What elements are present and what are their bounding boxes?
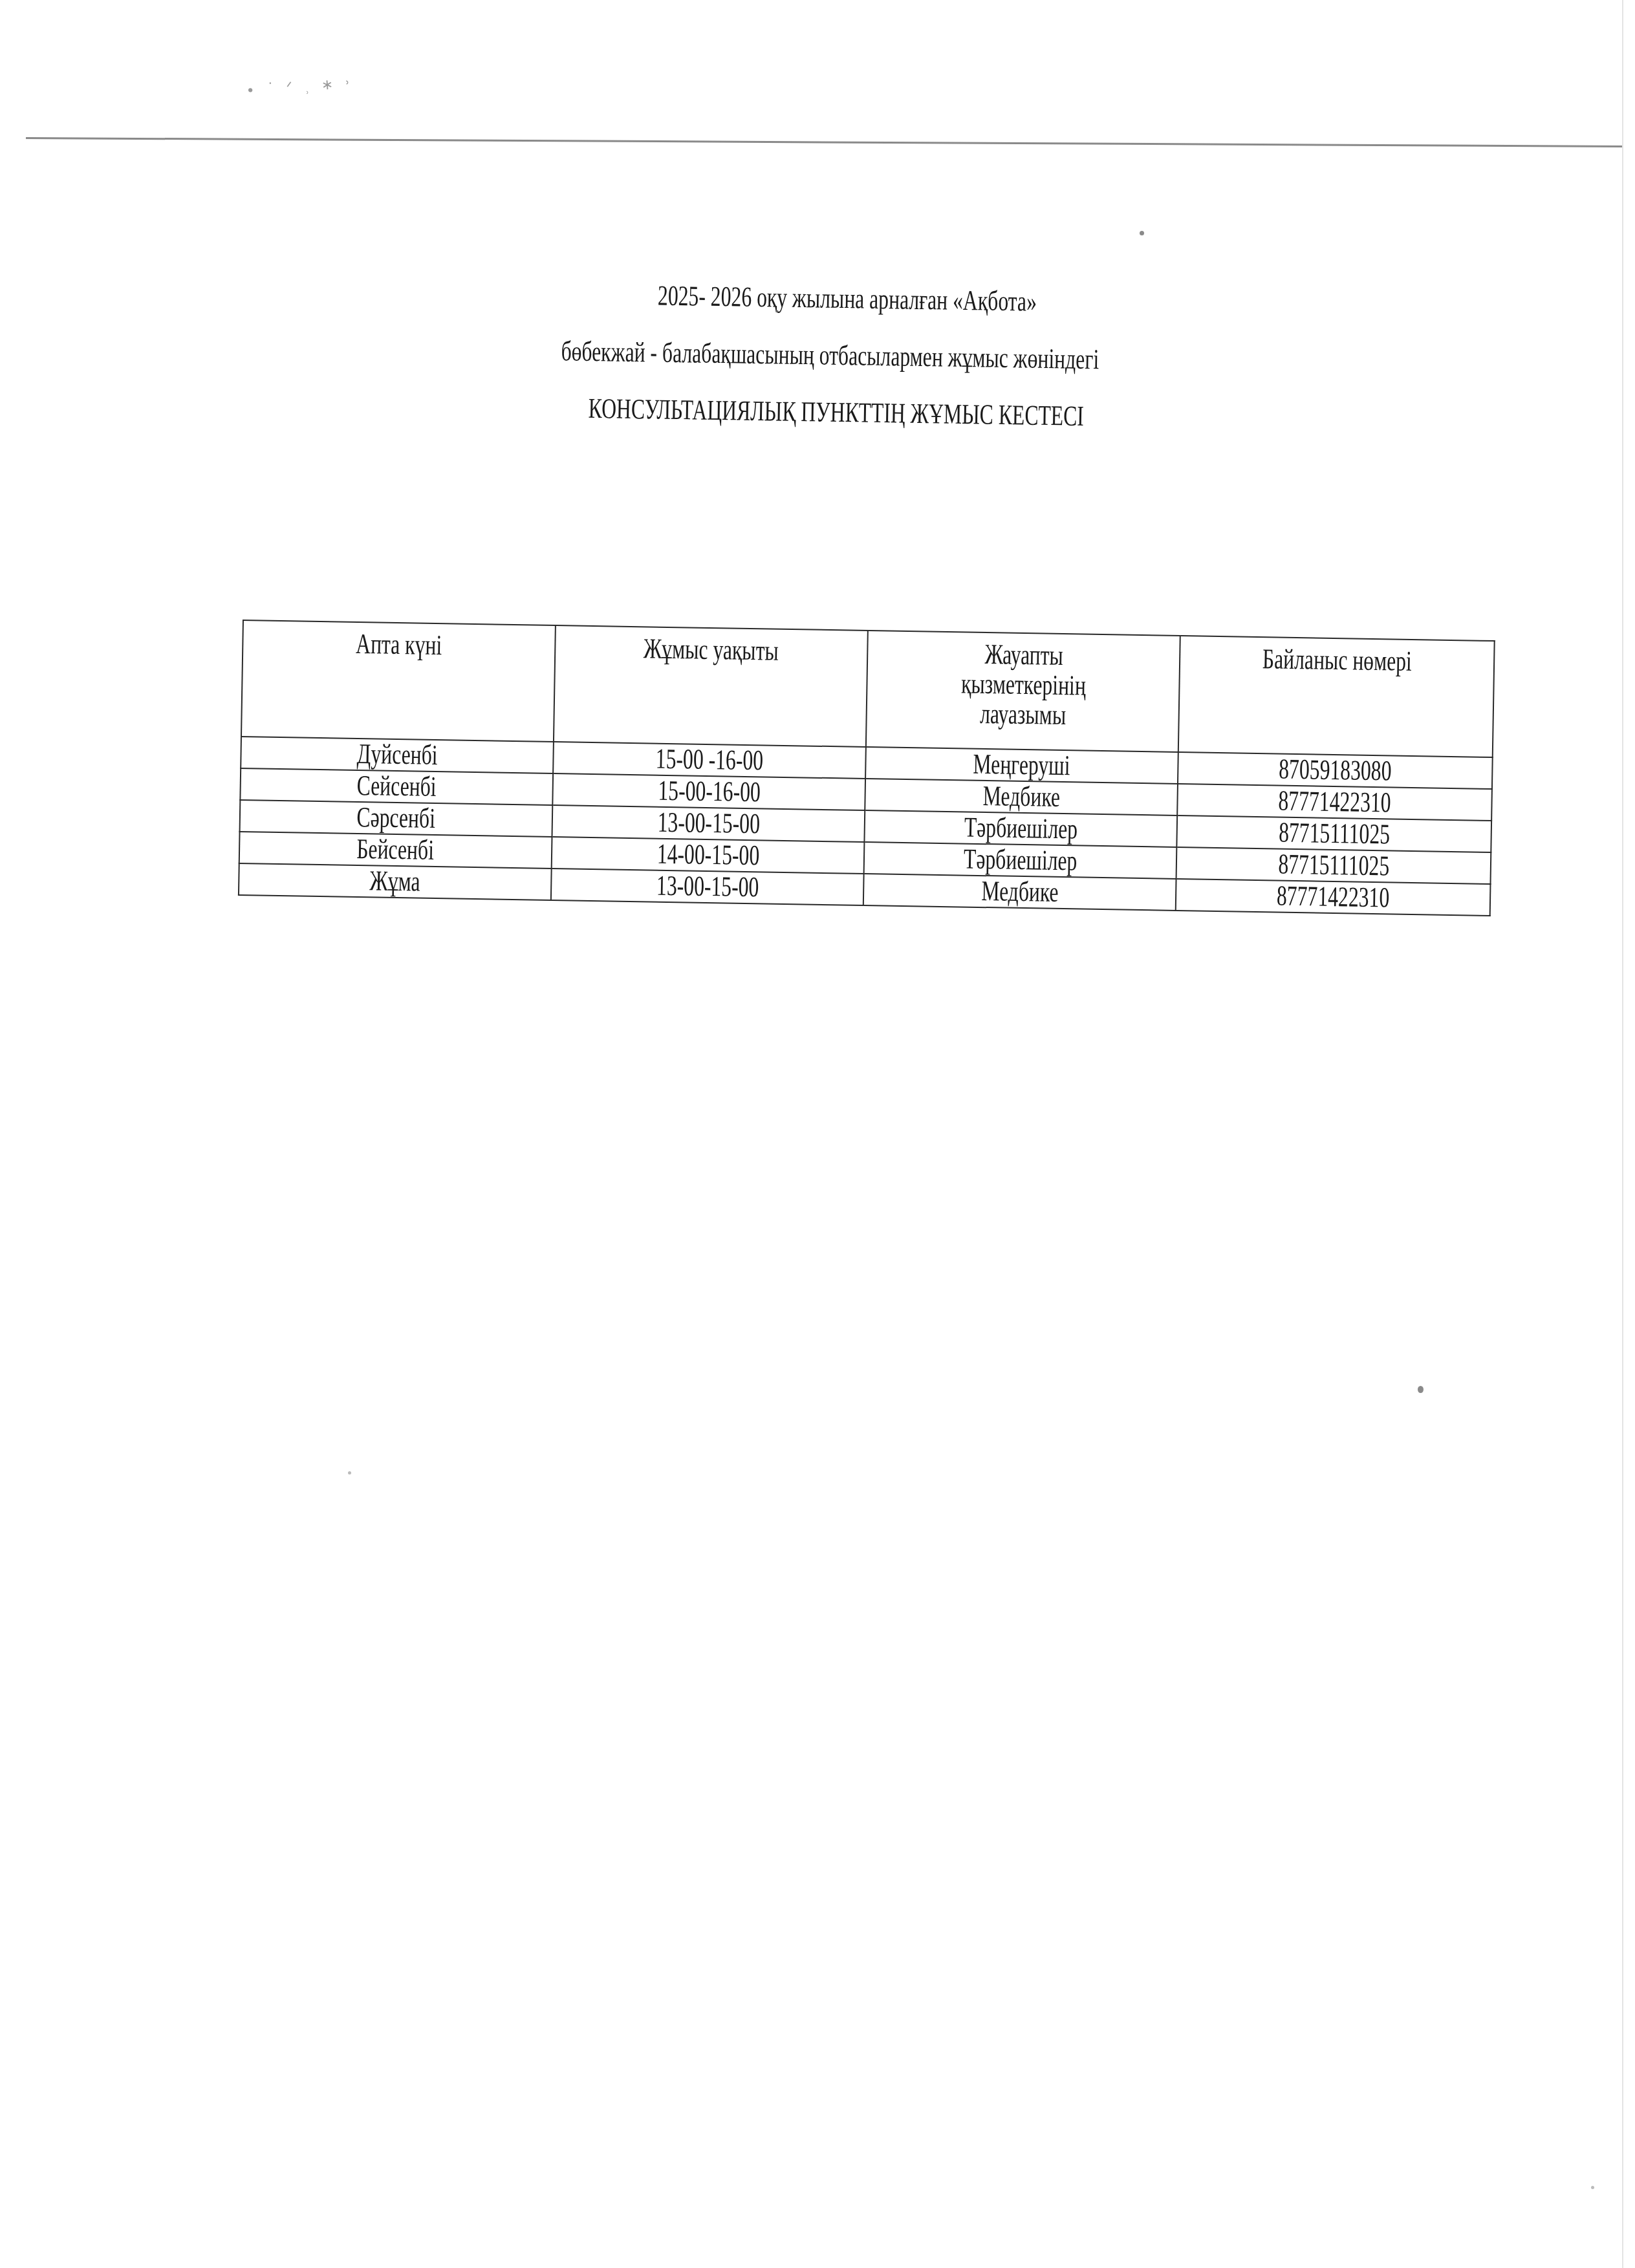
cell-phone: 87771422310	[1177, 784, 1492, 821]
cell-time: 13-00-15-00	[552, 805, 865, 842]
header-position-text: Жауапты қызметкерінің лауазымы	[925, 639, 1122, 732]
document-title-block: 2025- 2026 оқу жылына арналған «Ақбота» …	[0, 272, 1635, 468]
scan-page-edge-line	[26, 137, 1623, 147]
cell-phone-text: 87771422310	[1278, 786, 1391, 818]
cell-time: 13-00-15-00	[551, 869, 864, 905]
cell-time: 14-00-15-00	[552, 837, 865, 874]
cell-position-text: Меңгеруші	[973, 750, 1071, 781]
cell-day: Жұма	[239, 863, 552, 900]
cell-day: Сәрсенбі	[240, 800, 553, 837]
cell-position: Тәрбиешілер	[864, 810, 1177, 847]
cell-time-text: 13-00-15-00	[656, 871, 759, 903]
cell-day-text: Дуйсенбі	[356, 739, 438, 770]
title-line-institution: бөбекжай - балабақшасының отбасылармен ж…	[230, 332, 1407, 379]
title-year-text: 2025- 2026 оқу жылына арналған «Ақбота»	[658, 280, 1037, 318]
cell-day: Сейсенбі	[240, 768, 553, 805]
cell-time: 15-00-16-00	[552, 773, 865, 810]
cell-phone-text: 87715111025	[1278, 818, 1390, 850]
cell-phone: 87059183080	[1178, 752, 1493, 789]
consultation-schedule-table: Апта күні Жұмыс уақыты Жауапты қызметкер…	[238, 620, 1495, 916]
cell-time: 15-00 -16-00	[553, 742, 866, 779]
header-position: Жауапты қызметкерінің лауазымы	[866, 631, 1180, 752]
cell-time-text: 14-00-15-00	[656, 839, 759, 871]
cell-phone: 87715111025	[1176, 847, 1491, 884]
cell-position-text: Тәрбиешілер	[964, 813, 1077, 845]
cell-position-text: Медбике	[982, 781, 1060, 812]
cell-phone-text: 87059183080	[1279, 755, 1392, 786]
title-line-heading: КОНСУЛЬТАЦИЯЛЫҚ ПУНКТТІҢ ЖҰМЫС КЕСТЕСІ	[229, 389, 1407, 436]
title-heading-text: КОНСУЛЬТАЦИЯЛЫҚ ПУНКТТІҢ ЖҰМЫС КЕСТЕСІ	[588, 393, 1084, 432]
header-phone: Байланыс нөмері	[1178, 636, 1495, 757]
cell-position: Меңгеруші	[865, 747, 1178, 784]
scan-speck	[1140, 231, 1144, 235]
scan-artifact-specks: ∙ ˙ ᐟ ⸒ ∗ ˒	[245, 72, 354, 100]
cell-day-text: Сейсенбі	[356, 771, 437, 802]
table-header-row: Апта күні Жұмыс уақыты Жауапты қызметкер…	[241, 620, 1495, 757]
title-institution-text: бөбекжай - балабақшасының отбасылармен ж…	[561, 335, 1099, 375]
scan-speck	[348, 1471, 351, 1474]
title-line-year: 2025- 2026 оқу жылына арналған «Ақбота»	[230, 275, 1408, 322]
cell-day: Бейсенбі	[239, 832, 552, 869]
cell-position: Медбике	[865, 779, 1178, 815]
cell-day-text: Сәрсенбі	[356, 803, 435, 834]
cell-time-text: 13-00-15-00	[657, 808, 760, 839]
cell-phone-text: 87771422310	[1277, 881, 1390, 913]
cell-time-text: 15-00 -16-00	[655, 744, 763, 776]
cell-phone-text: 87715111025	[1278, 850, 1390, 881]
cell-phone: 87715111025	[1176, 815, 1491, 852]
scan-speck	[1591, 2186, 1594, 2189]
header-day-text: Апта күні	[356, 629, 442, 660]
cell-day-text: Бейсенбі	[356, 834, 434, 865]
cell-time-text: 15-00-16-00	[658, 776, 761, 808]
cell-position-text: Медбике	[981, 876, 1059, 907]
header-time-text: Жұмыс уақыты	[644, 634, 779, 666]
header-day: Апта күні	[241, 620, 556, 742]
cell-position: Тәрбиешілер	[864, 842, 1177, 879]
cell-day-text: Жұма	[369, 867, 420, 897]
cell-day: Дуйсенбі	[241, 737, 554, 773]
cell-position-text: Тәрбиешілер	[963, 845, 1077, 876]
scan-speck	[1418, 1386, 1424, 1393]
header-phone-text: Байланыс нөмері	[1262, 644, 1412, 676]
header-time: Жұмыс уақыты	[554, 625, 868, 747]
cell-position: Медбике	[863, 874, 1176, 911]
cell-phone: 87771422310	[1176, 879, 1491, 916]
schedule-table-wrapper: Апта күні Жұмыс уақыты Жауапты қызметкер…	[238, 620, 1495, 916]
